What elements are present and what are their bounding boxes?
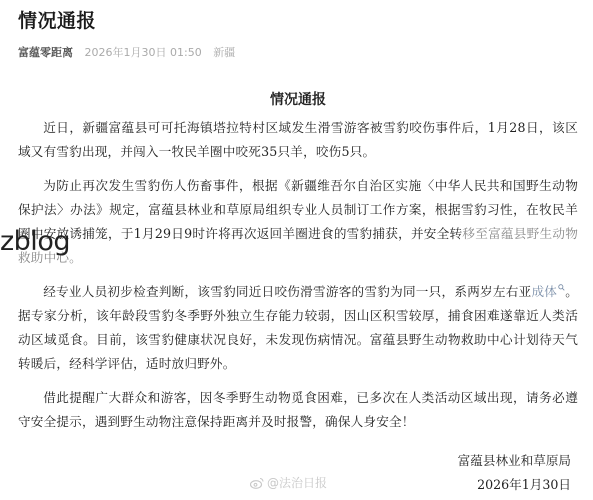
author-name[interactable]: 富蕴零距离 (18, 46, 73, 59)
paragraph-3: 经专业人员初步检查判断，该雪豹同近日咬伤滑雪游客的雪豹为同一只，系两岁左右亚成体… (18, 280, 578, 376)
weibo-icon (250, 477, 264, 489)
article-meta: 富蕴零距离 2026年1月30日 01:50 新疆 (18, 44, 235, 60)
search-keyword-link[interactable]: 成体 (531, 284, 565, 299)
search-keyword-text: 成体 (531, 284, 557, 299)
document-title: 情况通报 (18, 88, 578, 112)
publish-time: 2026年1月30日 01:50 (85, 46, 202, 59)
paragraph-text: 近日，新疆富蕴县可可托海镇塔拉特村区域发生滑雪游客被雪豹咬伤事件后，1月28日，… (18, 120, 578, 159)
weibo-watermark: @法治日报 (250, 474, 327, 491)
signature-date: 2026年1月30日 (477, 474, 571, 493)
paragraph-text: 借此提醒广大群众和游客，因冬季野生动物觅食困难，已多次在人类活动区域出现，请务必… (18, 390, 578, 429)
paragraph-text: 经专业人员初步检查判断，该雪豹同近日咬伤滑雪游客的雪豹为同一只，系两岁左右亚 (43, 284, 531, 299)
paragraph-4: 借此提醒广大群众和游客，因冬季野生动物觅食困难，已多次在人类活动区域出现，请务必… (18, 386, 578, 434)
paragraph-1: 近日，新疆富蕴县可可托海镇塔拉特村区域发生滑雪游客被雪豹咬伤事件后，1月28日，… (18, 116, 578, 164)
signature-organization: 富蕴县林业和草原局 (458, 450, 571, 469)
paragraph-2: 为防止再次发生雪豹伤人伤畜事件，根据《新疆维吾尔自治区实施〈中华人民共和国野生动… (18, 174, 578, 270)
watermark-text: @法治日报 (267, 474, 327, 491)
publish-location: 新疆 (213, 46, 235, 59)
notice-document: 情况通报 近日，新疆富蕴县可可托海镇塔拉特村区域发生滑雪游客被雪豹咬伤事件后，1… (18, 88, 578, 444)
zblog-overlay-text: zblog (0, 226, 70, 257)
article-title: 情况通报 (18, 6, 96, 33)
